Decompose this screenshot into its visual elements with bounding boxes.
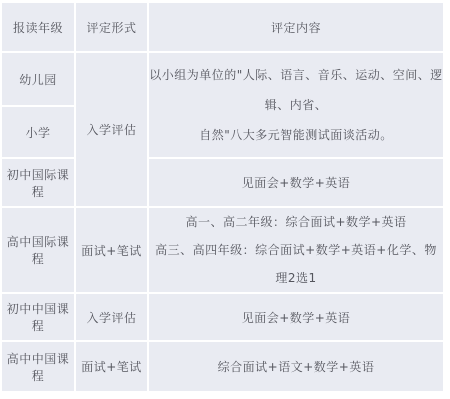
cell-senior-chinese-grade: 高中中国课程 bbox=[2, 342, 74, 391]
header-row: 报读年级 评定形式 评定内容 bbox=[2, 3, 443, 51]
cell-primary-grade: 小学 bbox=[2, 107, 74, 157]
senior-international-content-line1: 高一、高二年级：综合面试+数学+英语 bbox=[149, 208, 443, 236]
cell-senior-international-form: 面试+笔试 bbox=[76, 208, 147, 292]
cell-kindergarten-grade: 幼儿园 bbox=[2, 53, 74, 105]
cell-junior-international-grade: 初中国际课程 bbox=[2, 159, 74, 206]
cell-group-test-description: 以小组为单位的"人际、语言、音乐、运动、空间、逻辑、内省、 自然"八大多元智能测… bbox=[149, 53, 443, 157]
row-kindergarten: 幼儿园 入学评估 以小组为单位的"人际、语言、音乐、运动、空间、逻辑、内省、 自… bbox=[2, 53, 443, 105]
row-junior-international: 初中国际课程 见面会+数学+英语 bbox=[2, 159, 443, 206]
senior-international-content-line2: 高三、高四年级：综合面试+数学+英语+化学、物理2选1 bbox=[149, 236, 443, 292]
cell-senior-chinese-form: 面试+笔试 bbox=[76, 342, 147, 391]
cell-junior-chinese-content: 见面会+数学+英语 bbox=[149, 294, 443, 340]
admission-assessment-table: 报读年级 评定形式 评定内容 幼儿园 入学评估 以小组为单位的"人际、语言、音乐… bbox=[0, 1, 445, 393]
header-grade: 报读年级 bbox=[2, 3, 74, 51]
cell-senior-international-content: 高一、高二年级：综合面试+数学+英语 高三、高四年级：综合面试+数学+英语+化学… bbox=[149, 208, 443, 292]
cell-junior-chinese-form: 入学评估 bbox=[76, 294, 147, 340]
row-senior-international: 高中国际课程 面试+笔试 高一、高二年级：综合面试+数学+英语 高三、高四年级：… bbox=[2, 208, 443, 292]
row-senior-chinese: 高中中国课程 面试+笔试 综合面试+语文+数学+英语 bbox=[2, 342, 443, 391]
header-form: 评定形式 bbox=[76, 3, 147, 51]
cell-senior-international-grade: 高中国际课程 bbox=[2, 208, 74, 292]
cell-junior-international-content: 见面会+数学+英语 bbox=[149, 159, 443, 206]
cell-entry-assessment-form: 入学评估 bbox=[76, 53, 147, 206]
header-content: 评定内容 bbox=[149, 3, 443, 51]
cell-junior-chinese-grade: 初中中国课程 bbox=[2, 294, 74, 340]
group-test-line2: 自然"八大多元智能测试面谈活动。 bbox=[149, 120, 443, 150]
cell-senior-chinese-content: 综合面试+语文+数学+英语 bbox=[149, 342, 443, 391]
row-junior-chinese: 初中中国课程 入学评估 见面会+数学+英语 bbox=[2, 294, 443, 340]
group-test-line1: 以小组为单位的"人际、语言、音乐、运动、空间、逻辑、内省、 bbox=[149, 60, 443, 120]
